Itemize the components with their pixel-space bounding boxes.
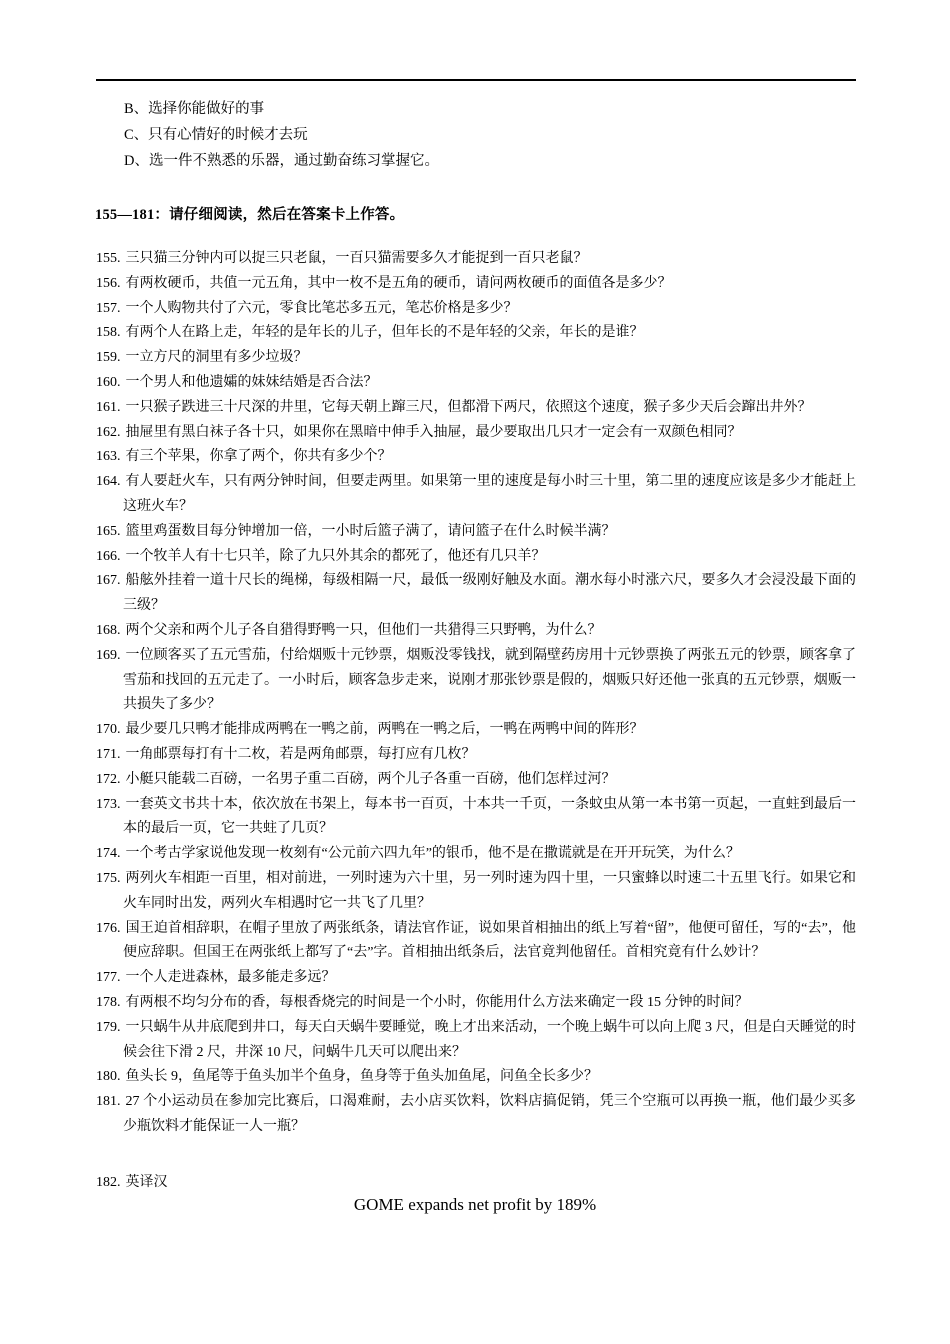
question-item: 175.两列火车相距一百里，相对前进，一列时速为六十里，另一列时速为四十里，一只… xyxy=(96,867,856,917)
section-heading: 155—181：请仔细阅读，然后在答案卡上作答。 xyxy=(95,203,404,224)
question-text: 一个男人和他遗孀的妹妹结婚是否合法？ xyxy=(126,375,378,390)
question-item: 163.有三个苹果，你拿了两个，你共有多少个？ xyxy=(96,445,856,470)
question-item: 166.一个牧羊人有十七只羊，除了九只外其余的都死了，他还有几只羊？ xyxy=(96,545,856,570)
question-text: 小艇只能载二百磅，一名男子重二百磅，两个儿子各重一百磅，他们怎样过河？ xyxy=(126,772,616,787)
question-item: 180.鱼头长 9，鱼尾等于鱼头加半个鱼身，鱼身等于鱼头加鱼尾，问鱼全长多少？ xyxy=(96,1065,856,1090)
question-number: 157. xyxy=(96,301,121,316)
question-number: 174. xyxy=(96,846,121,861)
question-text: 船舷外挂着一道十尺长的绳梯，每级相隔一尺，最低一级刚好触及水面。潮水每小时涨六尺… xyxy=(123,573,856,613)
header-rule xyxy=(96,79,856,81)
question-text: 两个父亲和两个儿子各自猎得野鸭一只，但他们一共猎得三只野鸭，为什么？ xyxy=(126,623,602,638)
question-item: 169.一位顾客买了五元雪茄，付给烟贩十元钞票，烟贩没零钱找，就到隔壁药房用十元… xyxy=(96,644,856,718)
question-number: 161. xyxy=(96,400,121,415)
question-number: 164. xyxy=(96,474,121,489)
question-number: 175. xyxy=(96,871,121,886)
option-item: D、选一件不熟悉的乐器，通过勤奋练习掌握它。 xyxy=(124,148,439,174)
question-number: 172. xyxy=(96,772,121,787)
item-182-text: 英译汉 xyxy=(126,1175,168,1190)
question-text: 两列火车相距一百里，相对前进，一列时速为六十里，另一列时速为四十里，一只蜜蜂以时… xyxy=(123,871,856,911)
question-text: 一只猴子跌进三十尺深的井里，它每天朝上蹿三尺，但都滑下两尺，依照这个速度，猴子多… xyxy=(126,400,812,415)
question-text: 有人要赶火车，只有两分钟时间，但要走两里。如果第一里的速度是每小时三十里，第二里… xyxy=(123,474,856,514)
question-number: 171. xyxy=(96,747,121,762)
question-number: 169. xyxy=(96,648,121,663)
question-text: 有三个苹果，你拿了两个，你共有多少个？ xyxy=(126,449,392,464)
question-text: 有两枚硬币，共值一元五角，其中一枚不是五角的硬币，请问两枚硬币的面值各是多少？ xyxy=(126,276,672,291)
question-item: 179.一只蜗牛从井底爬到井口，每天白天蜗牛要睡觉，晚上才出来活动，一个晚上蜗牛… xyxy=(96,1016,856,1066)
question-item: 170.最少要几只鸭才能排成两鸭在一鸭之前，两鸭在一鸭之后，一鸭在两鸭中间的阵形… xyxy=(96,718,856,743)
question-number: 167. xyxy=(96,573,121,588)
question-number: 162. xyxy=(96,425,121,440)
question-text: 抽屉里有黑白袜子各十只，如果你在黑暗中伸手入抽屉，最少要取出几只才一定会有一双颜… xyxy=(126,425,742,440)
question-text: 一个人购物共付了六元，零食比笔芯多五元，笔芯价格是多少？ xyxy=(126,301,518,316)
question-item: 174.一个考古学家说他发现一枚刻有“公元前六四九年”的银币，他不是在撒谎就是在… xyxy=(96,842,856,867)
question-item: 155.三只猫三分钟内可以捉三只老鼠，一百只猫需要多久才能捉到一百只老鼠？ xyxy=(96,247,856,272)
question-item: 164.有人要赶火车，只有两分钟时间，但要走两里。如果第一里的速度是每小时三十里… xyxy=(96,470,856,520)
question-text: 最少要几只鸭才能排成两鸭在一鸭之前，两鸭在一鸭之后，一鸭在两鸭中间的阵形？ xyxy=(126,722,644,737)
question-text: 一立方尺的洞里有多少垃圾？ xyxy=(126,350,308,365)
question-number: 180. xyxy=(96,1069,121,1084)
question-number: 163. xyxy=(96,449,121,464)
question-item: 168.两个父亲和两个儿子各自猎得野鸭一只，但他们一共猎得三只野鸭，为什么？ xyxy=(96,619,856,644)
question-text: 有两个人在路上走，年轻的是年长的儿子，但年长的不是年轻的父亲，年长的是谁？ xyxy=(126,325,644,340)
question-item: 171.一角邮票每打有十二枚，若是两角邮票，每打应有几枚？ xyxy=(96,743,856,768)
question-number: 166. xyxy=(96,549,121,564)
question-item: 159.一立方尺的洞里有多少垃圾？ xyxy=(96,346,856,371)
question-number: 170. xyxy=(96,722,121,737)
question-number: 158. xyxy=(96,325,121,340)
option-item: C、只有心情好的时候才去玩 xyxy=(124,122,439,148)
question-number: 168. xyxy=(96,623,121,638)
question-item: 158.有两个人在路上走，年轻的是年长的儿子，但年长的不是年轻的父亲，年长的是谁… xyxy=(96,321,856,346)
question-number: 181. xyxy=(96,1094,121,1109)
question-text: 一个考古学家说他发现一枚刻有“公元前六四九年”的银币，他不是在撒谎就是在开开玩笑… xyxy=(126,846,740,861)
question-text: 篮里鸡蛋数目每分钟增加一倍，一小时后篮子满了，请问篮子在什么时候半满？ xyxy=(126,524,616,539)
question-item: 167.船舷外挂着一道十尺长的绳梯，每级相隔一尺，最低一级刚好触及水面。潮水每小… xyxy=(96,569,856,619)
question-number: 173. xyxy=(96,797,121,812)
question-item: 157.一个人购物共付了六元，零食比笔芯多五元，笔芯价格是多少？ xyxy=(96,297,856,322)
question-item: 181.27 个小运动员在参加完比赛后，口渴难耐，去小店买饮料，饮料店搞促销，凭… xyxy=(96,1090,856,1140)
question-number: 160. xyxy=(96,375,121,390)
question-number: 155. xyxy=(96,251,121,266)
question-text: 一只蜗牛从井底爬到井口，每天白天蜗牛要睡觉，晚上才出来活动，一个晚上蜗牛可以向上… xyxy=(123,1020,856,1060)
question-number: 159. xyxy=(96,350,121,365)
question-number: 176. xyxy=(96,921,121,936)
question-text: 国王迫首相辞职，在帽子里放了两张纸条，请法官作证，说如果首相抽出的纸上写着“留”… xyxy=(123,921,856,961)
translation-title: GOME expands net profit by 189% xyxy=(95,1192,855,1218)
question-item: 161.一只猴子跌进三十尺深的井里，它每天朝上蹿三尺，但都滑下两尺，依照这个速度… xyxy=(96,396,856,421)
question-text: 一个牧羊人有十七只羊，除了九只外其余的都死了，他还有几只羊？ xyxy=(126,549,546,564)
question-number: 156. xyxy=(96,276,121,291)
document-page: B、选择你能做好的事 C、只有心情好的时候才去玩 D、选一件不熟悉的乐器，通过勤… xyxy=(0,0,950,1344)
options-list: B、选择你能做好的事 C、只有心情好的时候才去玩 D、选一件不熟悉的乐器，通过勤… xyxy=(124,96,439,174)
question-item: 156.有两枚硬币，共值一元五角，其中一枚不是五角的硬币，请问两枚硬币的面值各是… xyxy=(96,272,856,297)
question-item: 173.一套英文书共十本，依次放在书架上，每本书一百页，十本共一千页，一条蚊虫从… xyxy=(96,793,856,843)
question-item: 162.抽屉里有黑白袜子各十只，如果你在黑暗中伸手入抽屉，最少要取出几只才一定会… xyxy=(96,421,856,446)
question-item: 165.篮里鸡蛋数目每分钟增加一倍，一小时后篮子满了，请问篮子在什么时候半满？ xyxy=(96,520,856,545)
question-item: 177.一个人走进森林，最多能走多远？ xyxy=(96,966,856,991)
item-182-number: 182. xyxy=(96,1175,121,1190)
question-number: 177. xyxy=(96,970,121,985)
question-number: 178. xyxy=(96,995,121,1010)
question-text: 一角邮票每打有十二枚，若是两角邮票，每打应有几枚？ xyxy=(126,747,476,762)
question-number: 165. xyxy=(96,524,121,539)
question-item: 178.有两根不均匀分布的香，每根香烧完的时间是一个小时，你能用什么方法来确定一… xyxy=(96,991,856,1016)
question-text: 一个人走进森林，最多能走多远？ xyxy=(126,970,336,985)
question-text: 鱼头长 9，鱼尾等于鱼头加半个鱼身，鱼身等于鱼头加鱼尾，问鱼全长多少？ xyxy=(126,1069,599,1084)
question-text: 27 个小运动员在参加完比赛后，口渴难耐，去小店买饮料，饮料店搞促销，凭三个空瓶… xyxy=(123,1094,856,1134)
question-item: 160.一个男人和他遗孀的妹妹结婚是否合法？ xyxy=(96,371,856,396)
option-item: B、选择你能做好的事 xyxy=(124,96,439,122)
question-number: 179. xyxy=(96,1020,121,1035)
questions-list: 155.三只猫三分钟内可以捉三只老鼠，一百只猫需要多久才能捉到一百只老鼠？ 15… xyxy=(96,247,856,1140)
question-item: 172.小艇只能载二百磅，一名男子重二百磅，两个儿子各重一百磅，他们怎样过河？ xyxy=(96,768,856,793)
question-text: 一位顾客买了五元雪茄，付给烟贩十元钞票，烟贩没零钱找，就到隔壁药房用十元钞票换了… xyxy=(123,648,856,713)
question-text: 有两根不均匀分布的香，每根香烧完的时间是一个小时，你能用什么方法来确定一段 15… xyxy=(126,995,749,1010)
question-text: 三只猫三分钟内可以捉三只老鼠，一百只猫需要多久才能捉到一百只老鼠？ xyxy=(126,251,588,266)
question-item: 176.国王迫首相辞职，在帽子里放了两张纸条，请法官作证，说如果首相抽出的纸上写… xyxy=(96,917,856,967)
question-text: 一套英文书共十本，依次放在书架上，每本书一百页，十本共一千页，一条蚊虫从第一本书… xyxy=(123,797,856,837)
